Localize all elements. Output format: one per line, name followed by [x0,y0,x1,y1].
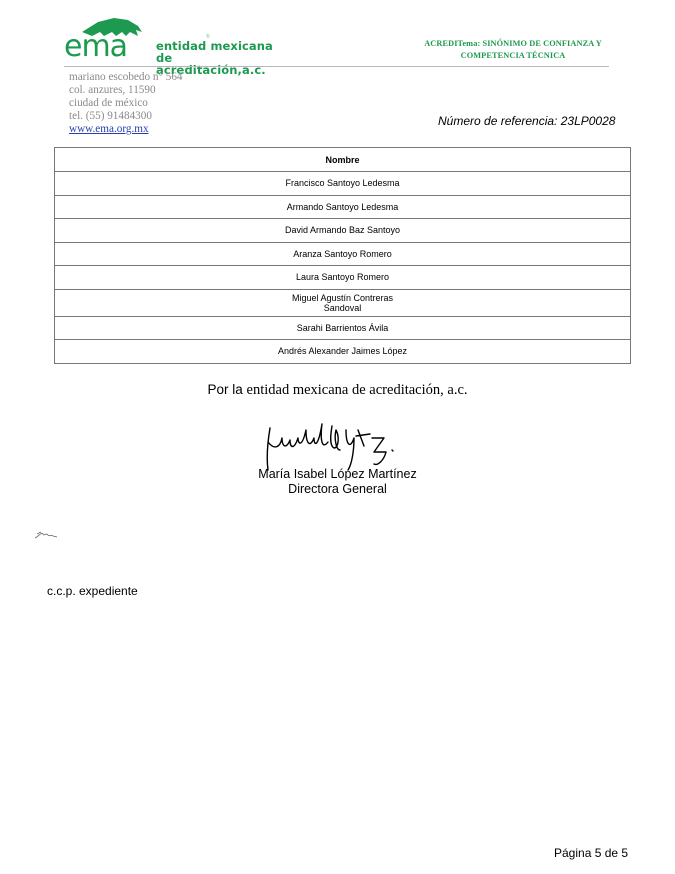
table-row: David Armando Baz Santoyo [55,219,631,243]
name-cell-line1: Miguel Agustín Contreras [55,293,630,303]
name-cell: Sarahi Barrientos Ávila [55,316,631,340]
closing-entity: entidad mexicana de acreditación, a.c. [247,382,468,398]
name-cell: Laura Santoyo Romero [55,266,631,290]
name-cell-line2: Sandoval [55,303,630,313]
table-row: Andrés Alexander Jaimes López [55,340,631,364]
svg-text:ema: ema [64,29,127,60]
initials-icon [33,528,59,542]
name-cell: Andrés Alexander Jaimes López [55,340,631,364]
name-cell: David Armando Baz Santoyo [55,219,631,243]
table-row: Sarahi Barrientos Ávila [55,316,631,340]
column-header-nombre: Nombre [55,148,631,172]
table-row: Francisco Santoyo Ledesma [55,172,631,196]
website-link[interactable]: www.ema.org.mx [69,123,149,135]
signer-name: María Isabel López Martínez [0,467,675,482]
table-row: Laura Santoyo Romero [55,266,631,290]
closing-prefix: Por la [207,382,242,397]
header-divider [64,66,609,67]
address-colony: col. anzures, 11590 [69,84,183,97]
address-street: mariano escobedo n° 564 [69,71,183,84]
name-cell: Francisco Santoyo Ledesma [55,172,631,196]
name-cell: Miguel Agustín Contreras Sandoval [55,289,631,316]
signer-block: María Isabel López Martínez Directora Ge… [0,467,675,497]
address-phone: tel. (55) 91484300 [69,110,183,123]
org-name-line1: entidad mexicana [156,40,274,52]
closing-statement: Por la entidad mexicana de acreditación,… [0,382,675,399]
eagle-logo-icon: ema [64,18,156,60]
name-cell: Aranza Santoyo Romero [55,242,631,266]
names-table: Nombre Francisco Santoyo Ledesma Armando… [54,147,631,364]
table-row: Miguel Agustín Contreras Sandoval [55,289,631,316]
table-header-row: Nombre [55,148,631,172]
signer-title: Directora General [0,482,675,497]
reference-number: Número de referencia: 23LP0028 [438,114,615,128]
ema-logo: ema ® entidad mexicana de acreditación,a… [64,18,274,60]
slogan-line2: COMPETENCIA TÉCNICA [418,50,608,62]
table-row: Armando Santoyo Ledesma [55,195,631,219]
page-number: Página 5 de 5 [554,846,628,860]
table-row: Aranza Santoyo Romero [55,242,631,266]
address-block: mariano escobedo n° 564 col. anzures, 11… [69,71,183,136]
slogan-line1: ACREDITema: SINÓNIMO DE CONFIANZA Y [418,38,608,50]
address-city: ciudad de méxico [69,97,183,110]
slogan: ACREDITema: SINÓNIMO DE CONFIANZA Y COMP… [418,38,608,62]
ccp-note: c.c.p. expediente [47,584,138,598]
name-cell: Armando Santoyo Ledesma [55,195,631,219]
